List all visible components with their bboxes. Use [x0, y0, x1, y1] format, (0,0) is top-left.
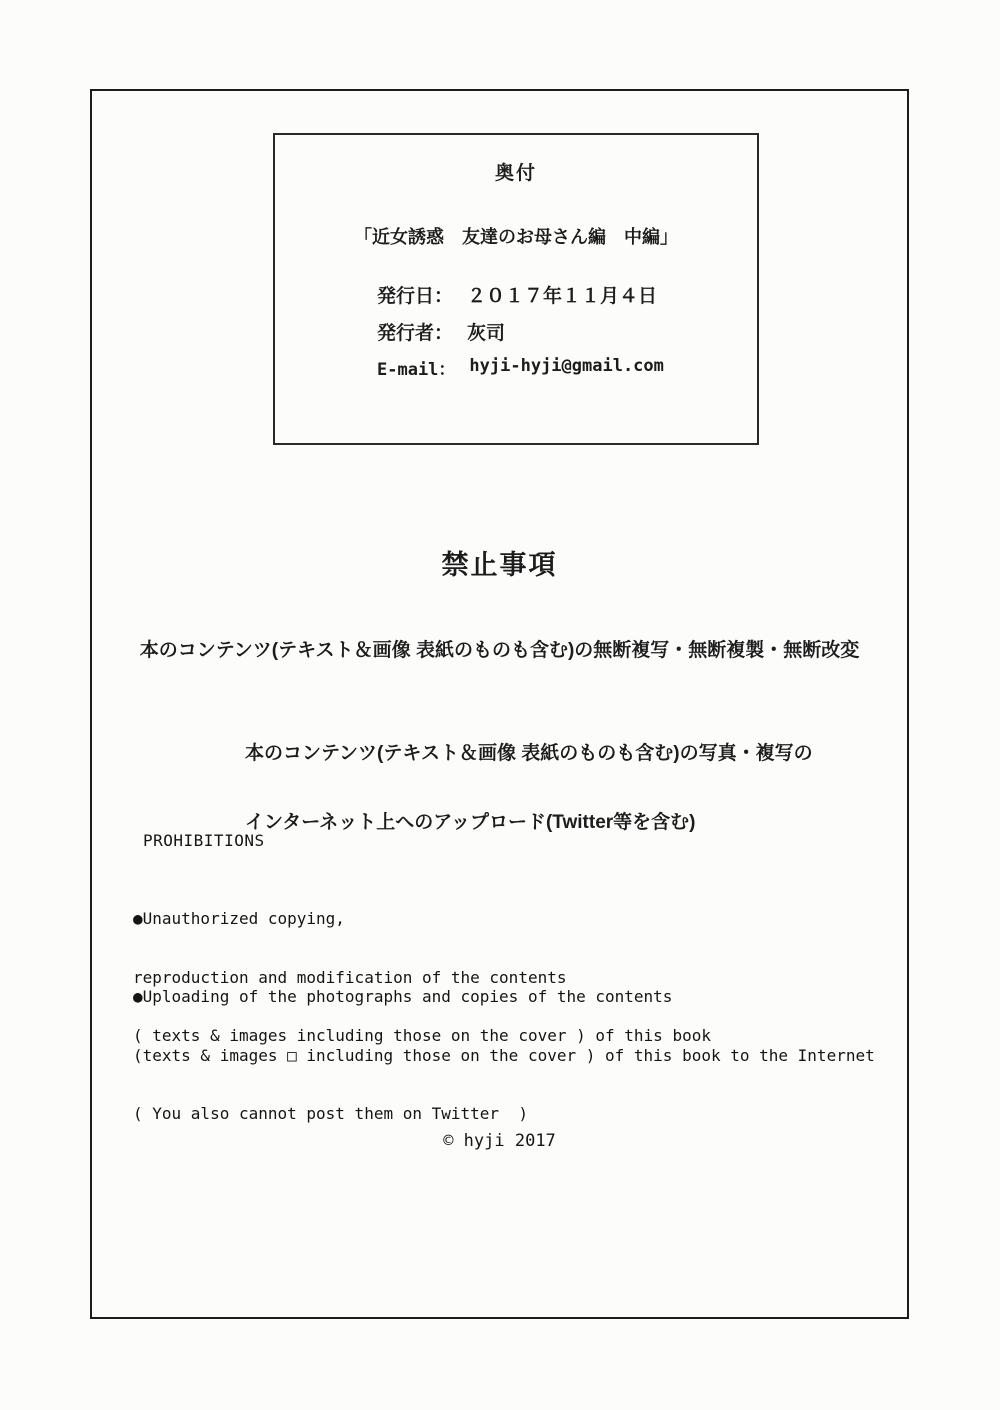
publish-date-value: ２０１７年１１月４日	[467, 281, 657, 318]
prohibitions-en-heading: PROHIBITIONS	[143, 831, 265, 850]
publish-date-label: 発行日：	[377, 281, 453, 318]
colophon-page: 奥付 「近女誘惑 友達のお母さん編 中編」 発行日： ２０１７年１１月４日 発行…	[0, 0, 1000, 1410]
prohibitions-jp-item2-line2: インターネット上へのアップロード(Twitter等を含む)	[245, 811, 813, 834]
publisher-value: 灰司	[467, 318, 505, 355]
page-border-frame: 奥付 「近女誘惑 友達のお母さん編 中編」 発行日： ２０１７年１１月４日 発行…	[90, 89, 909, 1319]
colophon-fields: 発行日： ２０１７年１１月４日 発行者： 灰司 E-mail： hyji-hyj…	[377, 281, 664, 392]
email-label: E-mail：	[377, 355, 455, 392]
prohibitions-en-item1-line1: ●Unauthorized copying,	[133, 909, 711, 929]
book-title: 「近女誘惑 友達のお母さん編 中編」	[275, 223, 757, 249]
prohibitions-jp-item2: 本のコンテンツ(テキスト＆画像 表紙のものも含む)の写真・複写の インターネット…	[245, 696, 813, 880]
publisher-label: 発行者：	[377, 318, 453, 355]
publisher-row: 発行者： 灰司	[377, 318, 664, 355]
prohibitions-jp-heading: 禁止事項	[92, 543, 907, 582]
publish-date-row: 発行日： ２０１７年１１月４日	[377, 281, 664, 318]
colophon-box: 奥付 「近女誘惑 友達のお母さん編 中編」 発行日： ２０１７年１１月４日 発行…	[273, 133, 759, 445]
prohibitions-en-item2-line3: ( You also cannot post them on Twitter )	[133, 1104, 875, 1124]
email-row: E-mail： hyji-hyji@gmail.com	[377, 355, 664, 392]
colophon-heading: 奥付	[275, 158, 757, 185]
prohibitions-en-item2-line2: (texts & images □ including those on the…	[133, 1046, 875, 1066]
prohibitions-jp-item2-line1: 本のコンテンツ(テキスト＆画像 表紙のものも含む)の写真・複写の	[245, 742, 813, 765]
email-value: hyji-hyji@gmail.com	[469, 355, 663, 392]
prohibitions-jp-item1: 本のコンテンツ(テキスト＆画像 表紙のものも含む)の無断複写・無断複製・無断改変	[92, 635, 907, 662]
copyright-line: © hyji 2017	[92, 1131, 907, 1151]
prohibitions-en-item2-line1: ●Uploading of the photographs and copies…	[133, 987, 875, 1007]
